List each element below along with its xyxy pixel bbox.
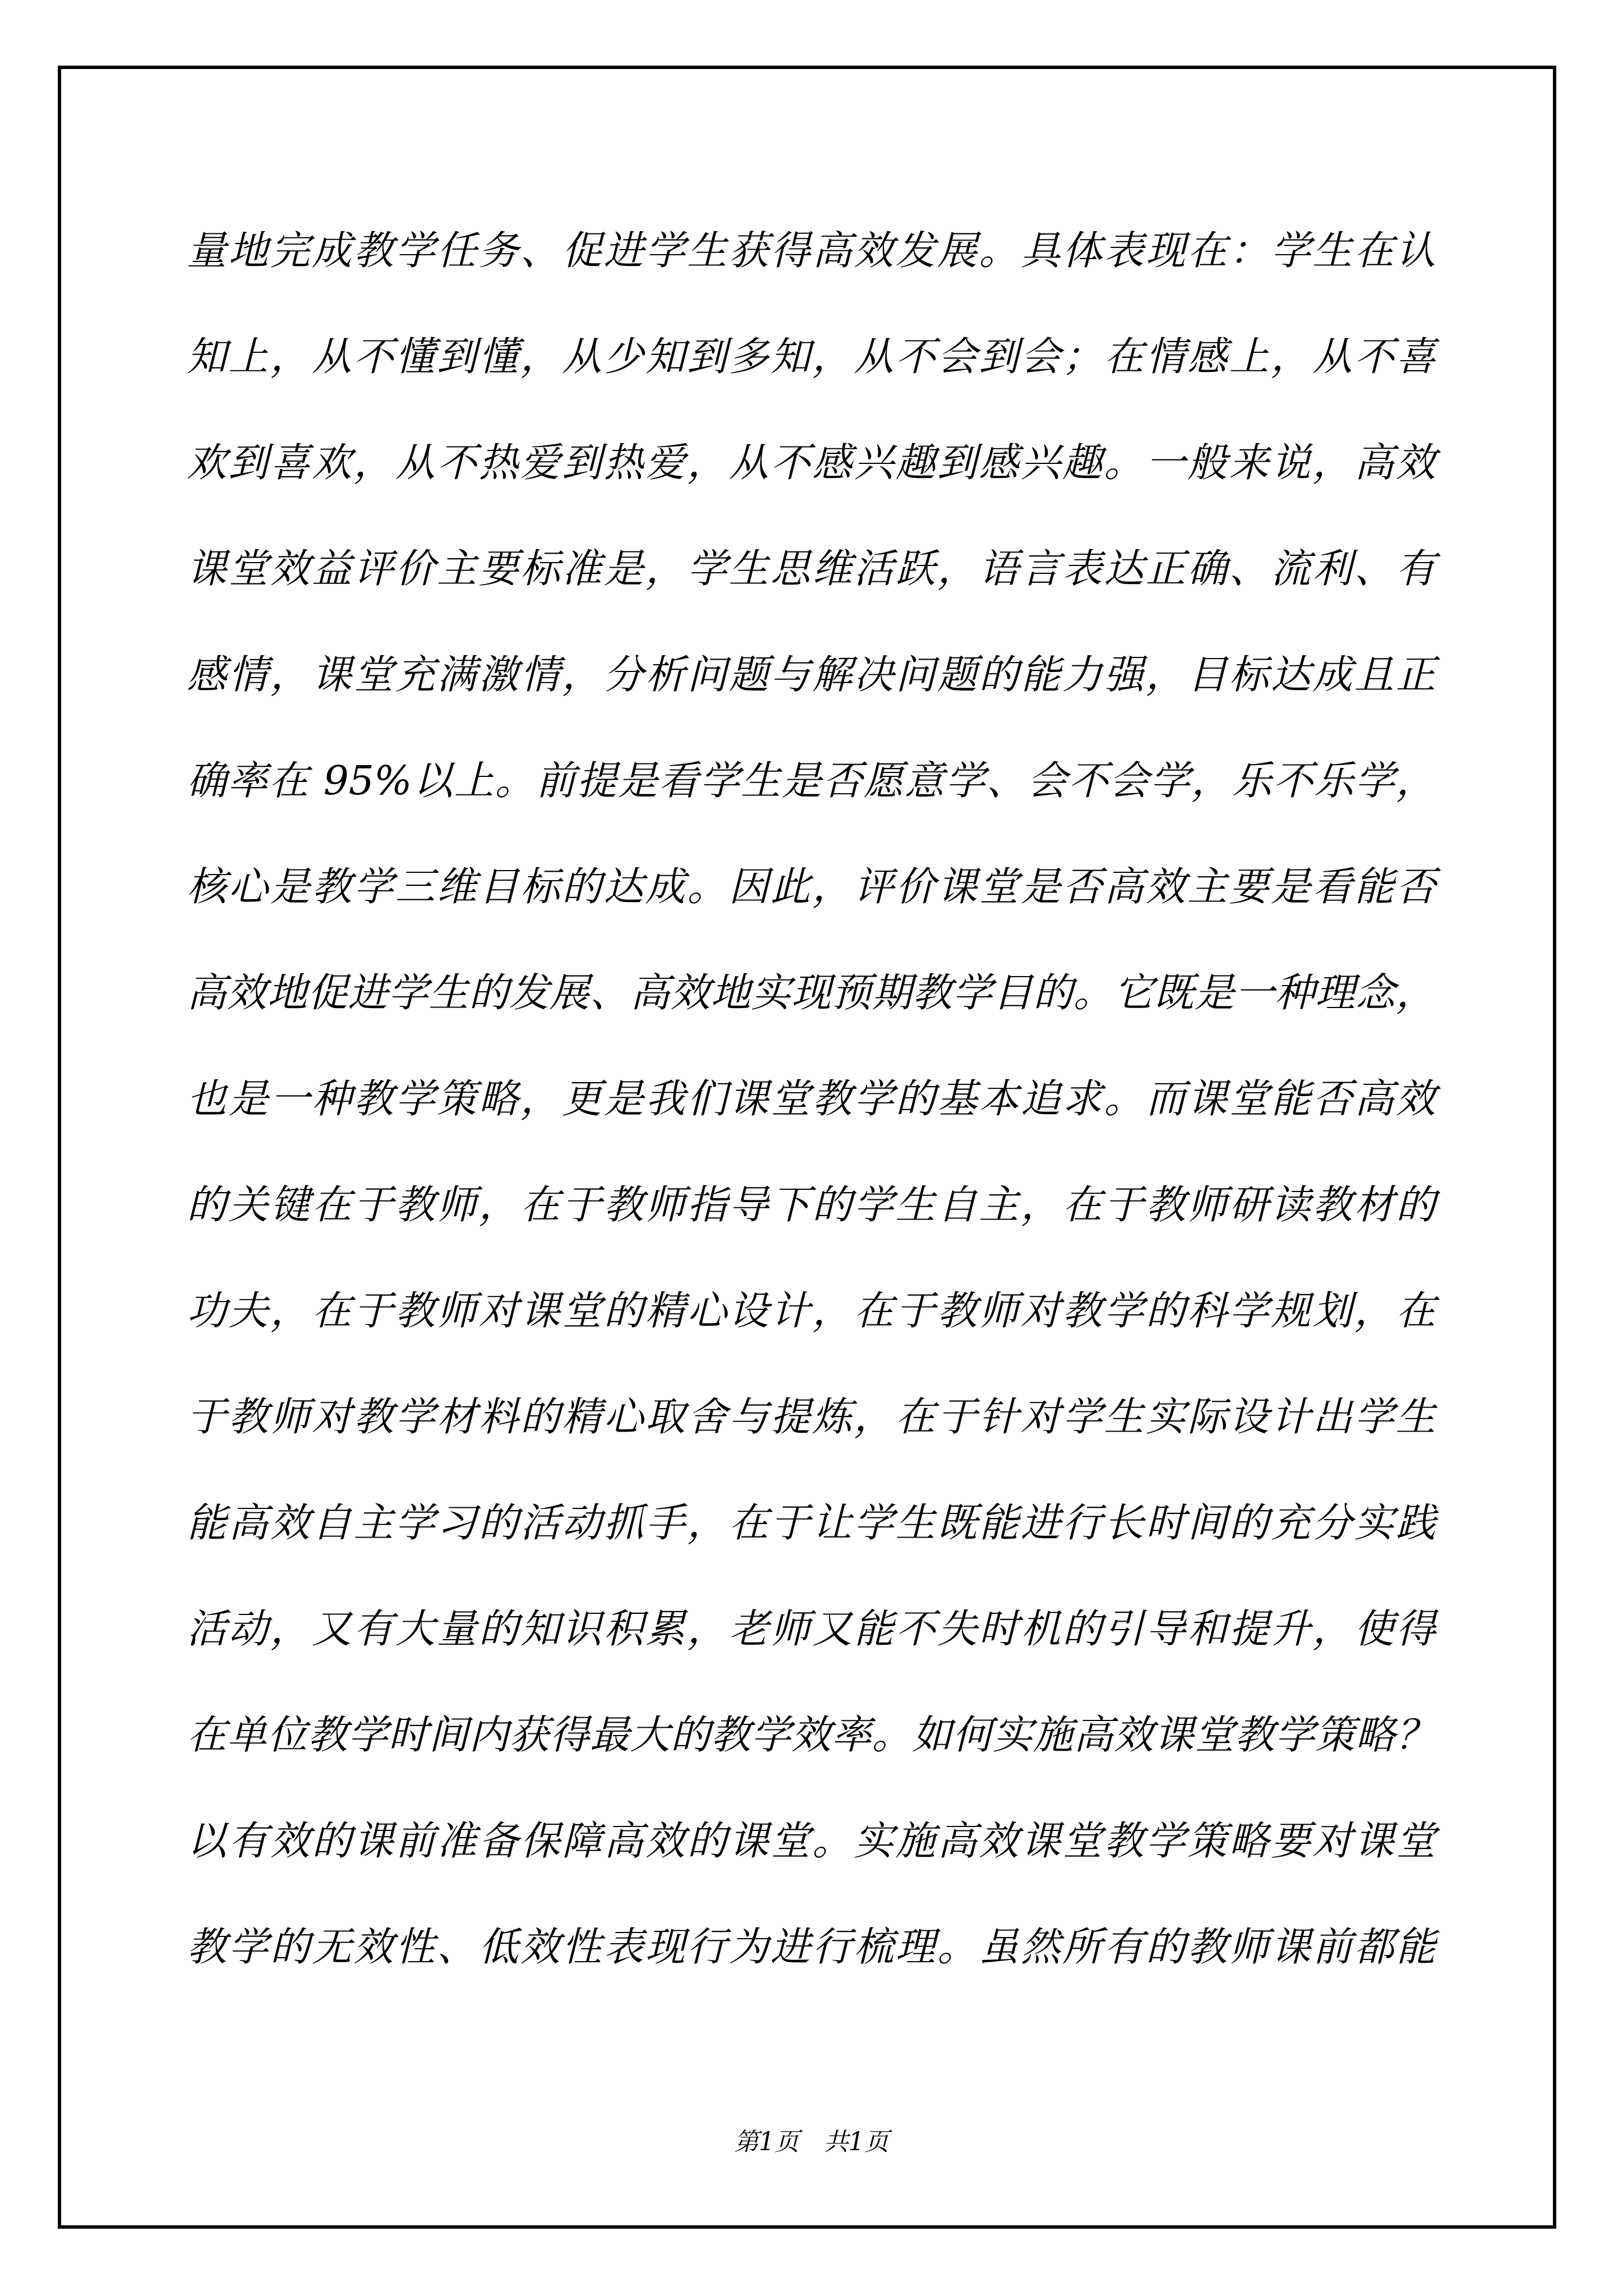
text-line: 能高效自主学习的活动抓手，在于让学生既能进行长时间的充分实践	[187, 1470, 1436, 1576]
text-line: 活动，又有大量的知识积累，老师又能不失时机的引导和提升，使得	[187, 1576, 1436, 1682]
text-line: 量地完成教学任务、促进学生获得高效发展。具体表现在：学生在认	[187, 197, 1436, 303]
text-line: 功夫，在于教师对课堂的精心设计，在于教师对教学的科学规划，在	[187, 1258, 1436, 1364]
text-line: 教学的无效性、低效性表现行为进行梳理。虽然所有的教师课前都能	[187, 1894, 1436, 2000]
text-line: 的关键在于教师，在于教师指导下的学生自主，在于教师研读教材的	[187, 1152, 1436, 1258]
text-line: 确率在 95%以上。前提是看学生是否愿意学、会不会学，乐不乐学，	[187, 728, 1436, 834]
text-line: 知上，从不懂到懂，从少知到多知，从不会到会；在情感上，从不喜	[187, 303, 1436, 409]
text-line: 感情，课堂充满激情，分析问题与解决问题的能力强，目标达成且正	[187, 622, 1436, 728]
text-line: 核心是教学三维目标的达成。因此，评价课堂是否高效主要是看能否	[187, 834, 1436, 940]
text-line: 以有效的课前准备保障高效的课堂。实施高效课堂教学策略要对课堂	[187, 1788, 1436, 1894]
text-line: 课堂效益评价主要标准是，学生思维活跃，语言表达正确、流利、有	[187, 516, 1436, 622]
text-line: 高效地促进学生的发展、高效地实现预期教学目的。它既是一种理念，	[187, 940, 1436, 1046]
text-line: 也是一种教学策略，更是我们课堂教学的基本追求。而课堂能否高效	[187, 1046, 1436, 1152]
document-body: 量地完成教学任务、促进学生获得高效发展。具体表现在：学生在认 知上，从不懂到懂，…	[187, 197, 1436, 2000]
text-line: 于教师对教学材料的精心取舍与提炼，在于针对学生实际设计出学生	[187, 1364, 1436, 1470]
text-line: 欢到喜欢，从不热爱到热爱，从不感兴趣到感兴趣。一般来说，高效	[187, 409, 1436, 516]
text-line: 在单位教学时间内获得最大的教学效率。如何实施高效课堂教学策略？	[187, 1682, 1436, 1788]
page-footer: 第1页 共1页	[0, 2128, 1623, 2157]
